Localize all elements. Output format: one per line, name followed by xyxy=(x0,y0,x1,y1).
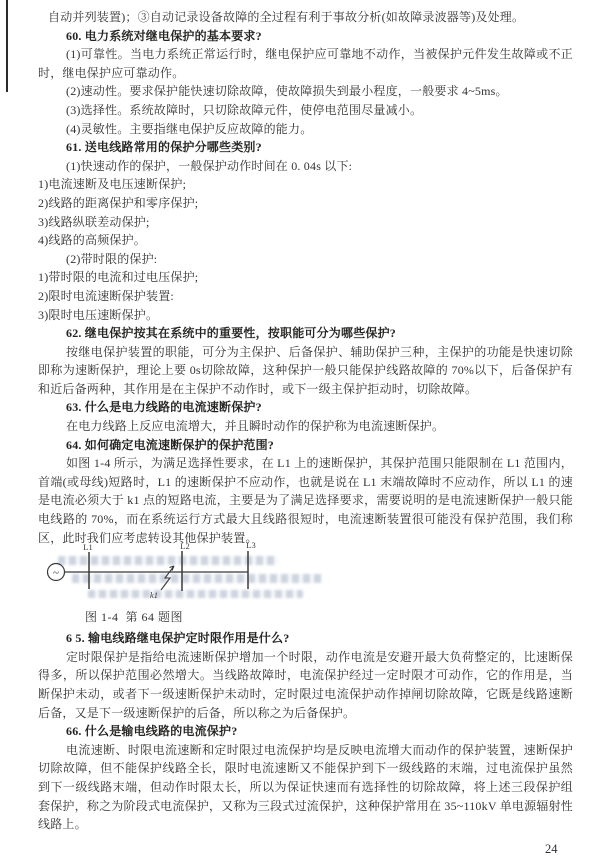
text-line: 自动并列装置)；③自动记录设备故障的全过程有利于事故分析(如故障录波器等)及处理… xyxy=(38,8,573,27)
document-page: 自动并列装置)；③自动记录设备故障的全过程有利于事故分析(如故障录波器等)及处理… xyxy=(0,0,609,868)
text-line: 电线路的 70%，而在系统运行方式最大且线路很短时，电流速断装置很可能没有保护范… xyxy=(38,510,573,529)
text-line: 61. 送电线路常用的保护分哪些类别? xyxy=(38,138,573,157)
fault-point-label: k1 xyxy=(150,590,158,600)
body-text-top: 自动并列装置)；③自动记录设备故障的全过程有利于事故分析(如故障录波器等)及处理… xyxy=(0,0,609,547)
text-line: 即称为速断保护，理论上要 0s切除故障，这种保护一般只能保护线路故障的 70%以… xyxy=(38,361,573,380)
text-line: 62. 继电保护按其在系统中的重要性，按职能可分为哪些保护? xyxy=(38,324,573,343)
text-line: 断保护未动，或者下一级速断保护未动时，定时限过电流保护动作掉闸切除故障，它既是线… xyxy=(38,685,573,704)
text-line: (1)可靠性。当电力系统正常运行时，继电保护应可靠地不动作，当被保护元件发生故障… xyxy=(38,45,573,64)
text-line: 如图 1-4 所示，为满足选择性要求，在 L1 上的速断保护，其保护范围只能限制… xyxy=(38,454,573,473)
text-line: 3)限时电压速断保护。 xyxy=(38,306,573,325)
text-line: 2)线路的距离保护和零序保护; xyxy=(38,194,573,213)
text-line: (1)快速动作的保护，一般保护动作时间在 0. 04s 以下: xyxy=(38,157,573,176)
text-line: 套保护，称之为阶段式电流保护，又称为三段式过流保护，这种保护常用在 35~110… xyxy=(38,797,573,816)
bus-label-l3: L3 xyxy=(246,541,255,550)
text-line: 后备，又是下一级速断保护的后备，所以称之为后备保护。 xyxy=(38,704,573,723)
text-line: 2)限时电流速断保护装置: xyxy=(38,287,573,306)
bus-label-l2: L2 xyxy=(180,541,189,551)
text-line: 电流速断、时限电流速断和定时限过电流保护均是反映电流增大而动作的保护装置，速断保… xyxy=(38,741,573,760)
text-line: (2)带时限的保护: xyxy=(38,250,573,269)
text-line: 4)线路的高频保护。 xyxy=(38,231,573,250)
fault-arrow-icon xyxy=(161,566,174,590)
text-line: 6 5. 输电线路继电保护定时限作用是什么? xyxy=(38,629,573,648)
text-line: 切除故障，但不能保护线路全长，限时电流速断又不能保护到下一级线路的末端，过电流保… xyxy=(38,759,573,778)
bus-label-l1: L1 xyxy=(83,542,92,552)
text-line: 60. 电力系统对继电保护的基本要求? xyxy=(38,27,573,46)
figure-caption: 图 1-4 第 64 题图 xyxy=(85,610,609,625)
text-line: 1)电流速断及电压速断保护; xyxy=(38,175,573,194)
text-line: 时，继电保护应可靠动作。 xyxy=(38,64,573,83)
text-line: 按继电保护装置的职能，可分为主保护、后备保护、辅助保护三种，主保护的功能是快速切… xyxy=(38,343,573,362)
text-line: (2)速动性。要求保护能快速切除故障，使故障损失到最小程度，一般要求 4~5ms… xyxy=(38,82,573,101)
text-line: 线路上。 xyxy=(38,815,573,834)
text-line: 1)带时限的电流和过电压保护; xyxy=(38,268,573,287)
text-line: 定时限保护是指给电流速断保护增加一个时限，动作电流是安避开最大负荷整定的，比速断… xyxy=(38,648,573,667)
text-line: 66. 什么是输电线路的电流保护? xyxy=(38,722,573,741)
text-line: (4)灵敏性。主要指继电保护反应故障的能力。 xyxy=(38,120,573,139)
body-text-bottom: 6 5. 输电线路继电保护定时限作用是什么?定时限保护是指给电流速断保护增加一个… xyxy=(0,629,609,834)
page-number: 24 xyxy=(545,842,558,857)
text-line: 首端(或母线)短路时，L1 的速断保护不应动作，也就是说在 L1 末端故障时不应… xyxy=(38,473,573,492)
text-line: 和近后备两种，其作用是在主保护不动作时，或下一级主保护拒动时，切除故障。 xyxy=(38,380,573,399)
text-line: 得多，所以保护范围必然增大。当线路故障时，电流保护经过一定时限才可动作，它的作用… xyxy=(38,666,573,685)
text-line: 到下一级线路末端，但动作时限太长，所以为保证快速而有选择性的切除故障，将上述三段… xyxy=(38,778,573,797)
generator-symbol: ~ xyxy=(53,567,59,579)
text-line: 63. 什么是电力线路的电流速断保护? xyxy=(38,398,573,417)
text-line: 在电力线路上反应电流增大，并且瞬时动作的保护称为电流速断保护。 xyxy=(38,417,573,436)
text-line: 64. 如何确定电流速断保护的保护范围? xyxy=(38,436,573,455)
figure-1-4: ~ L1 L2 L3 k1 图 1-4 第 64 题图 xyxy=(38,541,609,625)
text-line: 是电流必须大于 k1 点的短路电流，主要是为了满足选择要求，需要说明的是电流速断… xyxy=(38,491,573,510)
text-line: 3)线路纵联差动保护; xyxy=(38,213,573,232)
circuit-diagram: ~ L1 L2 L3 k1 xyxy=(38,541,268,607)
text-line: (3)选择性。系统故障时，只切除故障元件，使停电范围尽量减小。 xyxy=(38,101,573,120)
